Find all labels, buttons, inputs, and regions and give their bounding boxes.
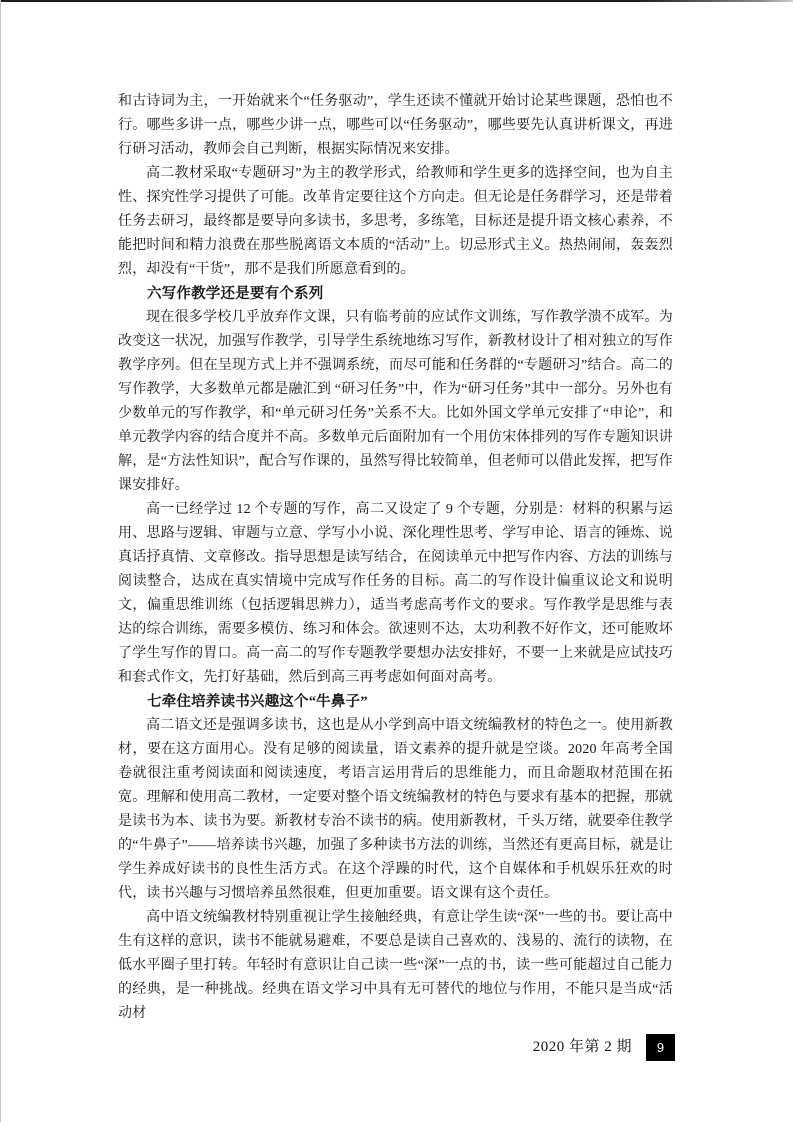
page-number-badge: 9 bbox=[646, 1034, 675, 1061]
document-page: 和古诗词为主，一开始就来个“任务驱动”，学生还读不懂就开始讨论某些课题，恐怕也不… bbox=[0, 0, 793, 1122]
body-paragraph-continuation: 和古诗词为主，一开始就来个“任务驱动”，学生还读不懂就开始讨论某些课题，恐怕也不… bbox=[118, 90, 673, 162]
scan-top-edge bbox=[0, 0, 793, 2]
page-footer: 2020 年第 2 期 9 bbox=[533, 1034, 675, 1061]
scan-left-edge bbox=[0, 0, 1, 1122]
section-heading-7: 七牵住培养读书兴趣这个“牛鼻子” bbox=[118, 690, 673, 714]
body-paragraph: 高中语文统编教材特别重视让学生接触经典，有意让学生读“深”一些的书。要让高中生有… bbox=[118, 906, 673, 1026]
body-paragraph: 现在很多学校几乎放弃作文课，只有临考前的应试作文训练，写作教学溃不成军。为改变这… bbox=[118, 306, 673, 498]
issue-label: 2020 年第 2 期 bbox=[533, 1034, 632, 1061]
article-text-column: 和古诗词为主，一开始就来个“任务驱动”，学生还读不懂就开始讨论某些课题，恐怕也不… bbox=[118, 90, 673, 1026]
body-paragraph: 高二语文还是强调多读书，这也是从小学到高中语文统编教材的特色之一。使用新教材，要… bbox=[118, 714, 673, 906]
body-paragraph: 高一已经学过 12 个专题的写作，高二又设定了 9 个专题，分别是：材料的积累与… bbox=[118, 498, 673, 690]
body-paragraph: 高二教材采取“专题研习”为主的教学形式，给教师和学生更多的选择空间，也为自主性、… bbox=[118, 162, 673, 282]
section-heading-6: 六写作教学还是要有个系列 bbox=[118, 282, 673, 306]
